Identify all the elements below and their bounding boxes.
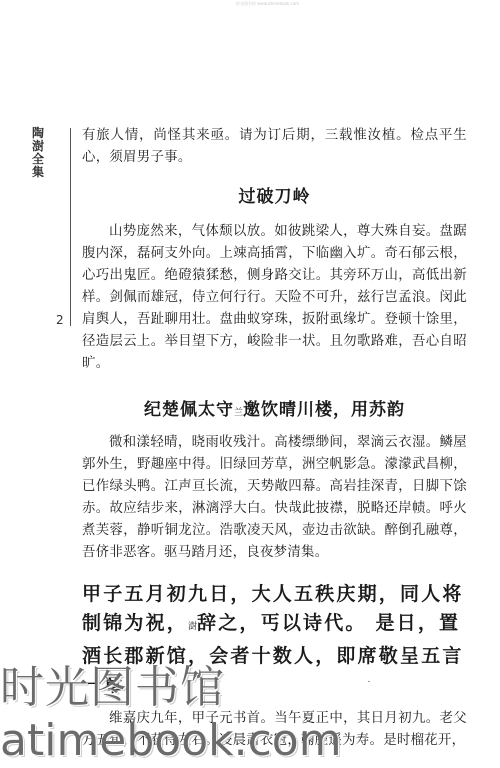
top-watermark: 时光图书馆 www.atimebook.com (236, 1, 299, 7)
site-watermark: 时光图书馆 atimebook.com (0, 662, 342, 768)
title-annotation: 兰 (234, 408, 243, 418)
page-content: 有旅人情，尚怪其来亟。请为订后期，三载惟汝植。检点平生心，须眉男子事。 过破刀岭… (82, 125, 467, 752)
margin-rule (70, 128, 71, 326)
poem-title-qing-chuan-lou: 纪楚佩太守兰邀饮晴川楼，用苏韵 (82, 375, 467, 432)
scan-speck (368, 681, 370, 682)
preface-annotation: 澍 (188, 622, 197, 632)
continued-paragraph: 有旅人情，尚怪其来亟。请为订后期，三载惟汝植。检点平生心，须眉男子事。 (82, 125, 467, 169)
poem-body-qing-chuan-lou: 微和漾轻晴，晓雨收残汁。高楼缥缈间，翠滴云衣湿。鳞屋郭外生，野趣座中得。旧绿回芳… (82, 432, 467, 564)
poem-body-guo-po-dao-ling: 山势庞然来，气体颓以放。如彼跳梁人，尊大殊自妄。盘踞腹内深，磊砢支外向。上竦高插… (82, 221, 467, 375)
watermark-chinese: 时光图书馆 (0, 662, 342, 714)
title-part: 邀饮晴川楼，用苏韵 (243, 400, 405, 420)
title-part: 纪楚佩太守 (144, 400, 234, 420)
watermark-english: atimebook.com (0, 714, 342, 768)
page-number: 2 (56, 313, 64, 327)
book-title-side-label: 陶澍全集 (31, 127, 45, 179)
poem-title-guo-po-dao-ling: 过破刀岭 (82, 169, 467, 221)
